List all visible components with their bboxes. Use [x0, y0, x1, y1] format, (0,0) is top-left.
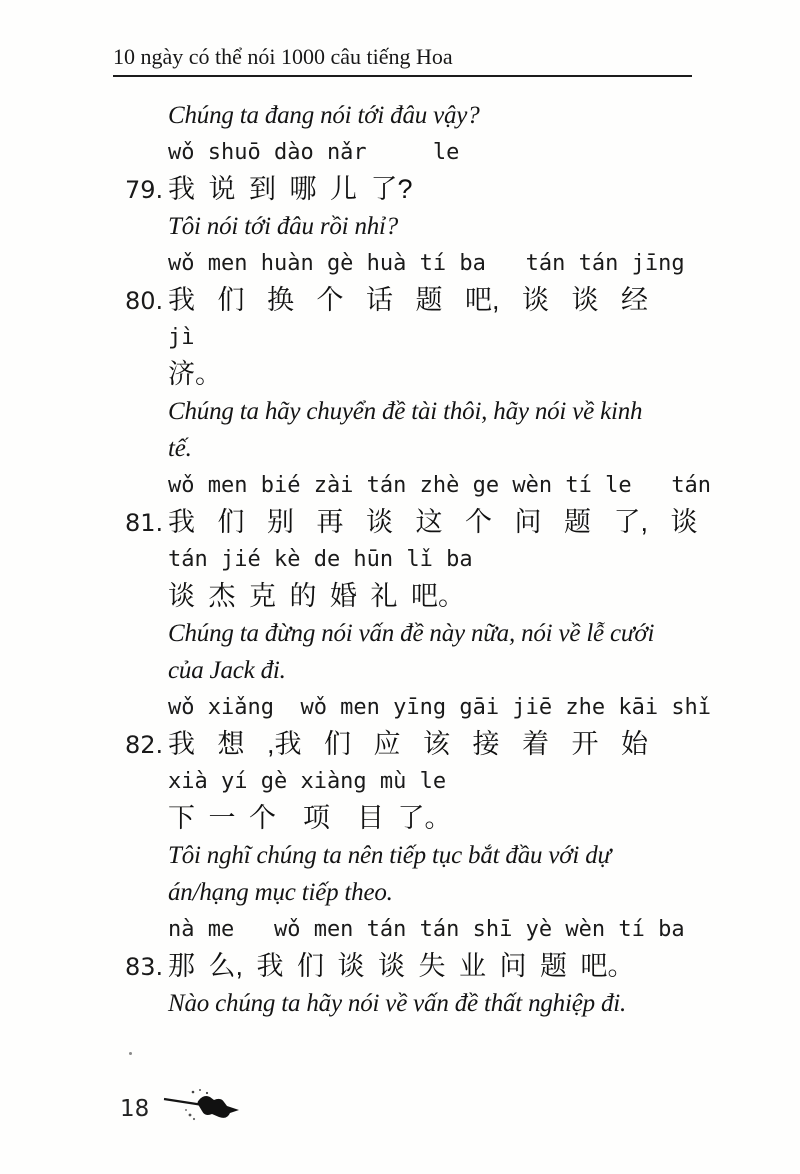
pinyin-line: jì	[125, 319, 700, 356]
line-text: Tôi nói tới đâu rồi nhỉ?	[168, 213, 398, 240]
vietnamese-translation-line: Chúng ta đang nói tới đâu vậy?	[125, 97, 700, 134]
pinyin-line: tán jié kè de hūn lǐ ba	[125, 541, 700, 578]
line-text: tế.	[168, 435, 192, 462]
sentence-number: 81.	[125, 505, 168, 542]
line-text: 我 想 ,我 们 应 该 接 着 开 始	[168, 726, 648, 763]
page-number: 18	[120, 1096, 149, 1122]
chinese-sentence-line: 79.我 说 到 哪 儿 了?	[125, 171, 700, 208]
vietnamese-translation-line: Tôi nghĩ chúng ta nên tiếp tục bắt đầu v…	[125, 837, 700, 874]
line-text: Chúng ta đang nói tới đâu vậy?	[168, 102, 480, 129]
line-text: wǒ xiǎng wǒ men yīng gāi jiē zhe kāi shǐ	[168, 695, 711, 720]
chinese-sentence-line: 83.那 么, 我 们 谈 谈 失 业 问 题 吧。	[125, 948, 700, 985]
pinyin-line: wǒ men bié zài tán zhè ge wèn tí le tán	[125, 467, 700, 504]
book-page: 10 ngày có thể nói 1000 câu tiếng Hoa Ch…	[0, 0, 800, 1174]
line-text: tán jié kè de hūn lǐ ba	[168, 547, 473, 572]
chinese-sentence-line: 济。	[125, 356, 700, 393]
vietnamese-translation-line: Tôi nói tới đâu rồi nhỉ?	[125, 208, 700, 245]
pinyin-line: nà me wǒ men tán tán shī yè wèn tí ba	[125, 911, 700, 948]
line-text: 那 么, 我 们 谈 谈 失 业 问 题 吧。	[168, 948, 635, 985]
line-text: nà me wǒ men tán tán shī yè wèn tí ba	[168, 917, 685, 942]
chinese-sentence-line: 下 一 个 项 目 了。	[125, 800, 700, 837]
line-text: 我 们 别 再 谈 这 个 问 题 了, 谈	[168, 504, 698, 541]
sentence-number: 83.	[125, 949, 168, 986]
chinese-sentence-line: 81.我 们 别 再 谈 这 个 问 题 了, 谈	[125, 504, 700, 541]
line-text: jì	[168, 325, 195, 350]
pinyin-line: wǒ xiǎng wǒ men yīng gāi jiē zhe kāi shǐ	[125, 689, 700, 726]
line-text: wǒ shuō dào nǎr le	[168, 140, 459, 165]
line-text: Tôi nghĩ chúng ta nên tiếp tục bắt đầu v…	[168, 842, 611, 869]
line-text: Chúng ta đừng nói vấn đề này nữa, nói về…	[168, 620, 654, 647]
vietnamese-translation-line: Chúng ta đừng nói vấn đề này nữa, nói về…	[125, 615, 700, 652]
pinyin-line: xià yí gè xiàng mù le	[125, 763, 700, 800]
vietnamese-translation-line: Chúng ta hãy chuyển đề tài thôi, hãy nói…	[125, 393, 700, 430]
line-text: 下 一 个 项 目 了。	[168, 803, 452, 833]
sentence-number: 79.	[125, 172, 168, 209]
vietnamese-translation-line: án/hạng mục tiếp theo.	[125, 874, 700, 911]
line-text: 我 说 到 哪 儿 了?	[168, 171, 413, 208]
line-text: của Jack đi.	[168, 657, 286, 684]
line-text: xià yí gè xiàng mù le	[168, 769, 446, 794]
scan-speck	[129, 1052, 132, 1055]
ink-blot-icon	[163, 1088, 241, 1129]
page-header: 10 ngày có thể nói 1000 câu tiếng Hoa	[0, 0, 800, 77]
sentence-number: 82.	[125, 727, 168, 764]
vietnamese-translation-line: tế.	[125, 430, 700, 467]
pinyin-line: wǒ men huàn gè huà tí ba tán tán jīng	[125, 245, 700, 282]
sentence-number: 80.	[125, 283, 168, 320]
vietnamese-translation-line: Nào chúng ta hãy nói về vấn đề thất nghi…	[125, 985, 700, 1022]
line-text: án/hạng mục tiếp theo.	[168, 879, 393, 906]
chinese-sentence-line: 82.我 想 ,我 们 应 该 接 着 开 始	[125, 726, 700, 763]
chinese-sentence-line: 80.我 们 换 个 话 题 吧, 谈 谈 经	[125, 282, 700, 319]
line-text: 谈 杰 克 的 婚 礼 吧。	[168, 581, 465, 611]
chinese-sentence-line: 谈 杰 克 的 婚 礼 吧。	[125, 578, 700, 615]
sentence-lines: Chúng ta đang nói tới đâu vậy?wǒ shuō dà…	[0, 97, 800, 1022]
line-text: Nào chúng ta hãy nói về vấn đề thất nghi…	[168, 990, 626, 1017]
line-text: 我 们 换 个 话 题 吧, 谈 谈 经	[168, 282, 648, 319]
pinyin-line: wǒ shuō dào nǎr le	[125, 134, 700, 171]
line-text: Chúng ta hãy chuyển đề tài thôi, hãy nói…	[168, 398, 642, 425]
running-head-title: 10 ngày có thể nói 1000 câu tiếng Hoa	[113, 44, 692, 77]
line-text: 济。	[168, 359, 222, 389]
line-text: wǒ men huàn gè huà tí ba tán tán jīng	[168, 251, 685, 276]
page-footer: 18	[120, 1088, 241, 1129]
line-text: wǒ men bié zài tán zhè ge wèn tí le tán	[168, 473, 711, 498]
vietnamese-translation-line: của Jack đi.	[125, 652, 700, 689]
